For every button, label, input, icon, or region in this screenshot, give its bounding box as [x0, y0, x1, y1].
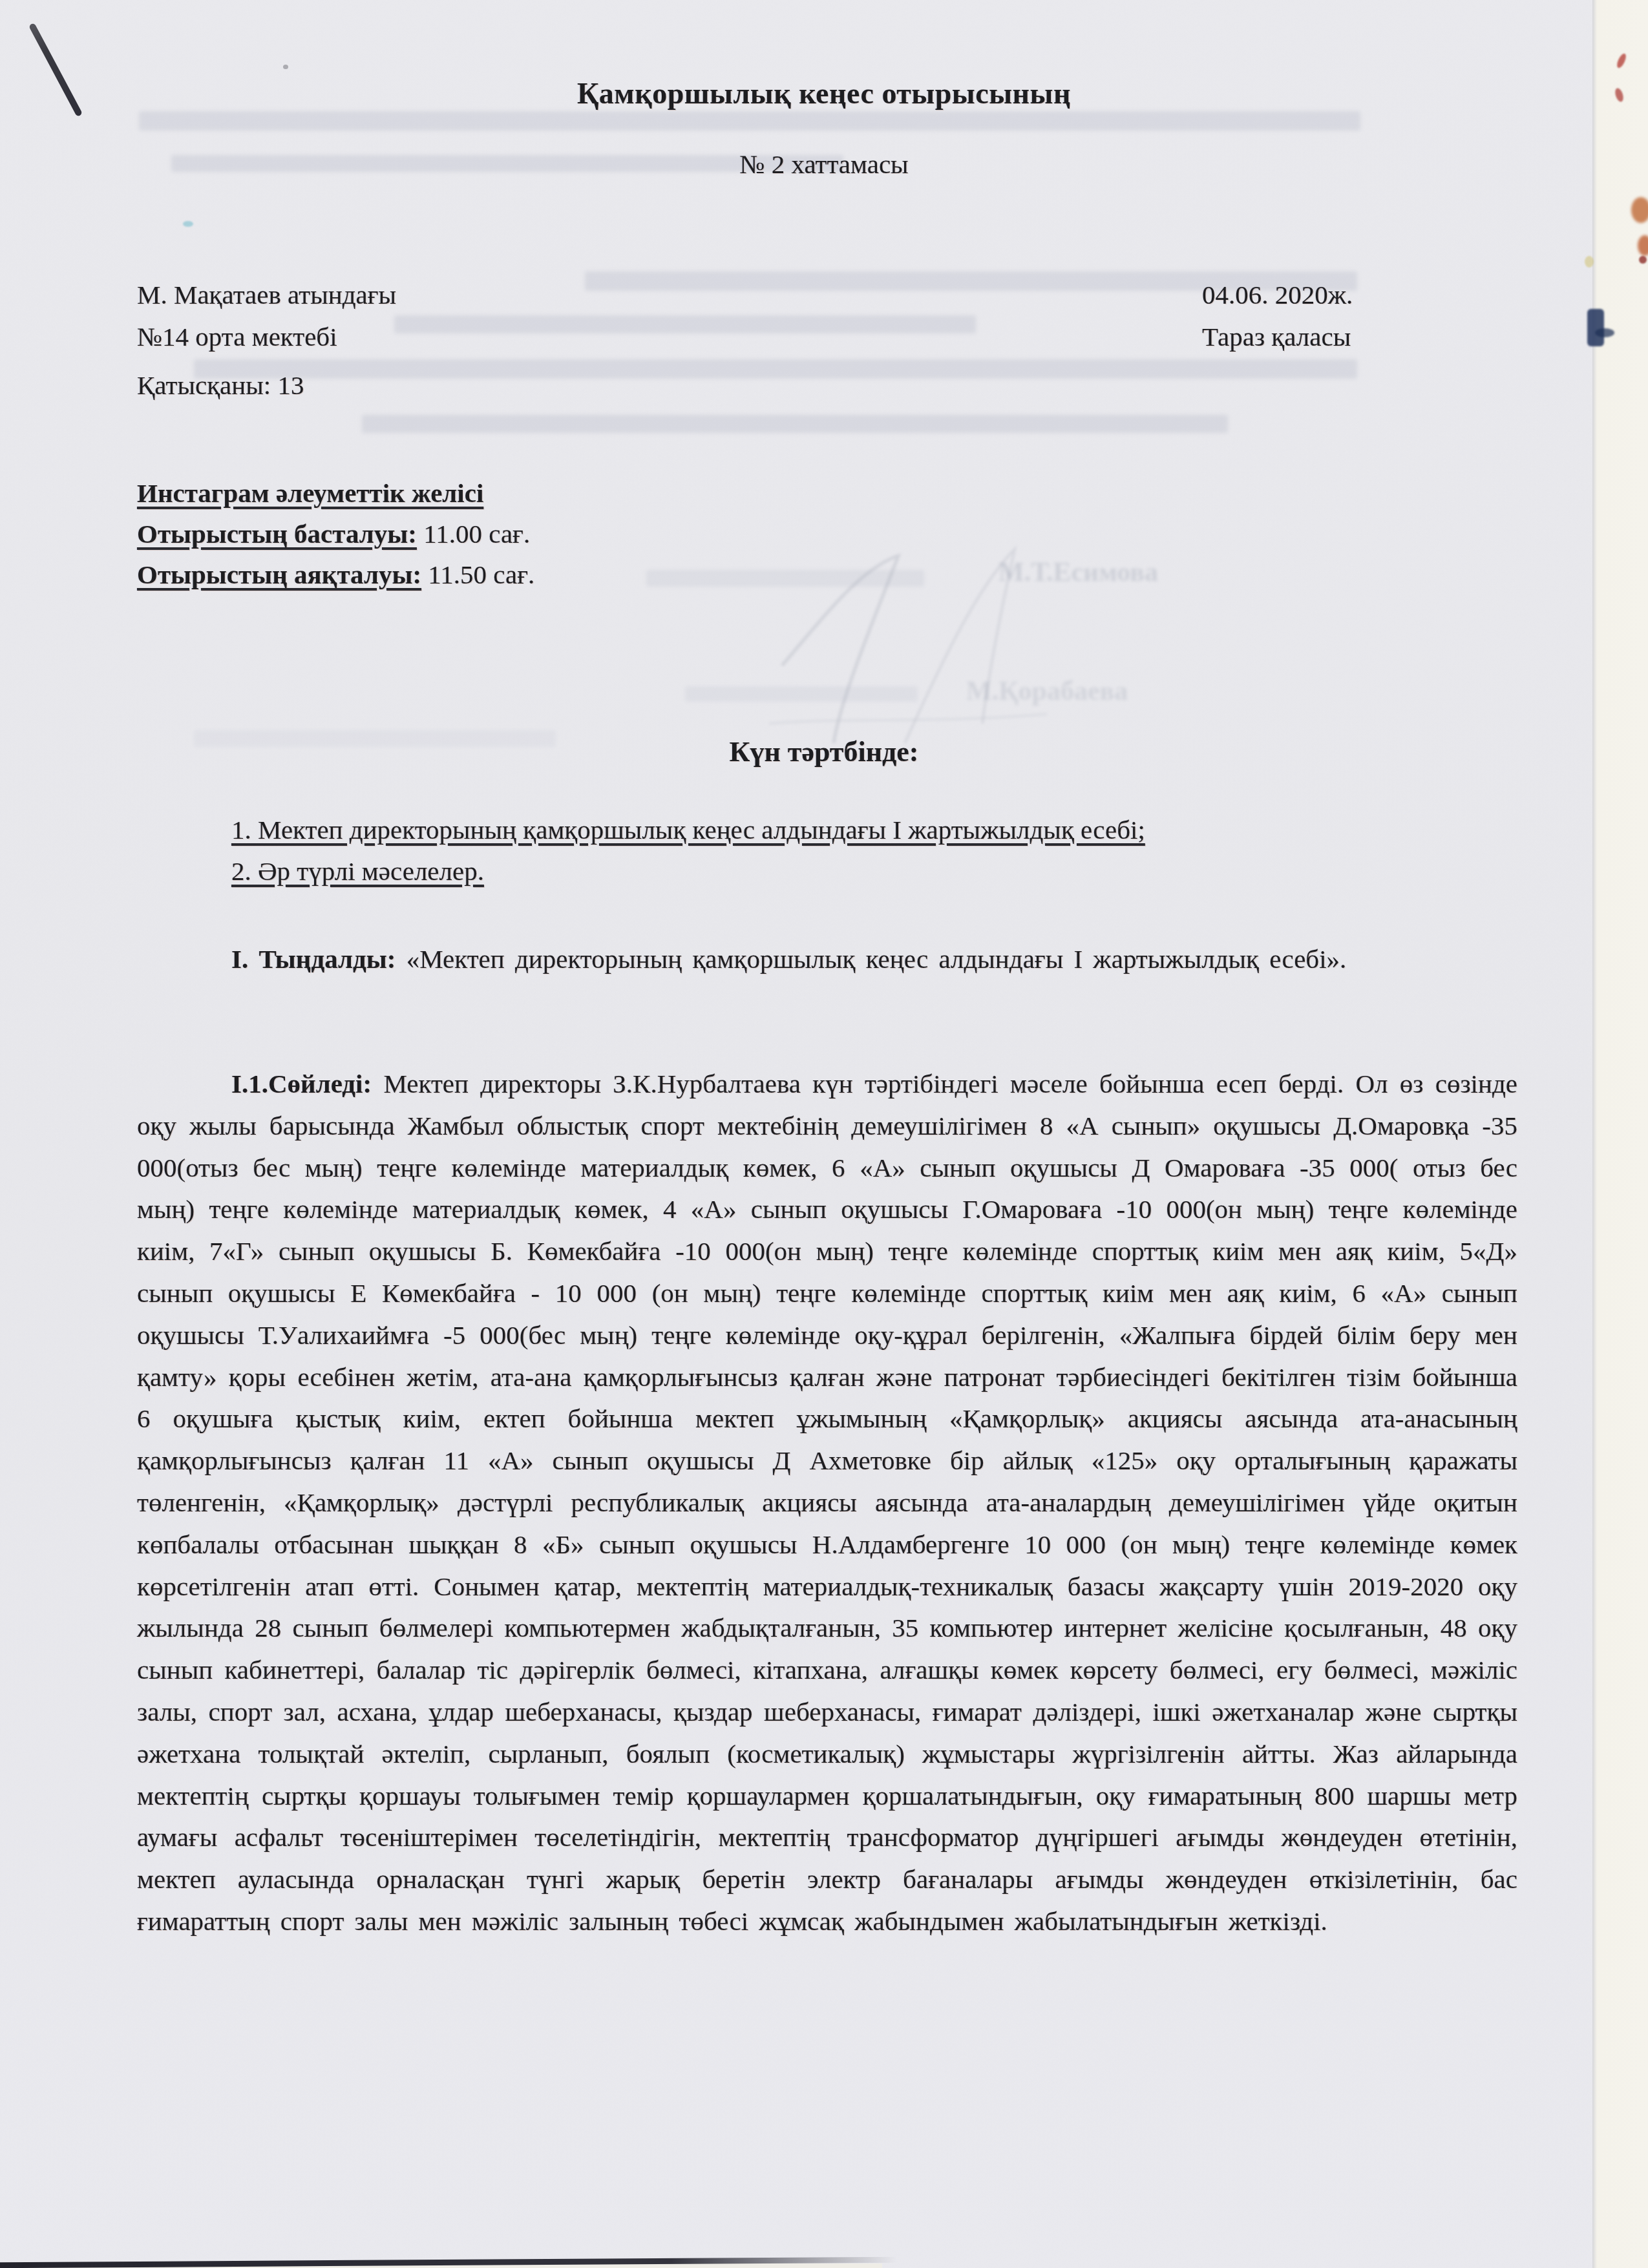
session-end-label: Отырыстың аяқталуы: — [137, 560, 421, 589]
org-name-line2: №14 орта мектебі — [137, 322, 337, 352]
yellow-stain — [1585, 256, 1594, 268]
bleed-through-name: М.Қорабаева — [966, 676, 1128, 707]
org-name-line1: М. Мақатаев атындағы — [137, 280, 396, 310]
navy-ink-mark — [1587, 309, 1604, 346]
session-info-block: Инстаграм әлеуметтік желісі Отырыстың ба… — [137, 473, 534, 595]
document-city: Тараз қаласы — [1202, 322, 1351, 352]
orange-stain — [1631, 197, 1648, 223]
speech-label: І.1.Сөйледі: — [231, 1069, 372, 1098]
bleed-through-text-line — [139, 111, 1360, 131]
heard-paragraph: І. Тыңдалды: «Мектеп директорының қамқор… — [137, 938, 1517, 980]
agenda-item-1: 1. Мектеп директорының қамқоршылық кеңес… — [231, 815, 1145, 845]
cyan-ink-speck — [183, 221, 193, 227]
agenda-item-2: 2. Әр түрлі мәселелер. — [231, 856, 484, 886]
header-meta-left: М. Мақатаев атындағы №14 орта мектебі Қа… — [137, 274, 396, 406]
social-network-label: Инстаграм әлеуметтік желісі — [137, 478, 483, 508]
heard-text: «Мектеп директорының қамқоршылық кеңес а… — [407, 944, 1347, 974]
session-start-value: 11.00 сағ. — [423, 519, 530, 549]
bleed-through-name: М.Т.Есимова — [998, 557, 1158, 588]
attendance-count: Қатысқаны: 13 — [137, 364, 396, 406]
bleed-through-text-line — [394, 315, 976, 333]
agenda-heading: Күн тәртбінде: — [0, 735, 1648, 768]
document-date: 04.06. 2020ж. — [1202, 280, 1353, 310]
paper-speck — [283, 65, 288, 69]
heard-label: І. Тыңдалды: — [231, 944, 396, 974]
bleed-through-text-line — [362, 415, 1228, 433]
speech-paragraph: І.1.Сөйледі: Мектеп директоры З.К.Нурбал… — [137, 1063, 1517, 1942]
speech-text: Мектеп директоры З.К.Нурбалтаева күн тәр… — [137, 1069, 1517, 1936]
dark-red-speck — [1639, 256, 1647, 264]
header-meta-right: 04.06. 2020ж. Тараз қаласы — [1202, 274, 1402, 358]
scanned-protocol-page: М.Т.Есимова М.Қорабаева Қамқоршылық кеңе… — [0, 0, 1648, 2268]
agenda-list: 1. Мектеп директорының қамқоршылық кеңес… — [231, 809, 1145, 892]
protocol-number: № 2 хаттамасы — [0, 149, 1648, 180]
document-title: Қамқоршылық кеңес отырысының — [0, 76, 1648, 110]
orange-stain — [1638, 235, 1648, 256]
navy-ink-mark — [1595, 328, 1614, 337]
session-start-label: Отырыстың басталуы: — [137, 519, 417, 549]
session-end-value: 11.50 сағ. — [428, 560, 534, 589]
